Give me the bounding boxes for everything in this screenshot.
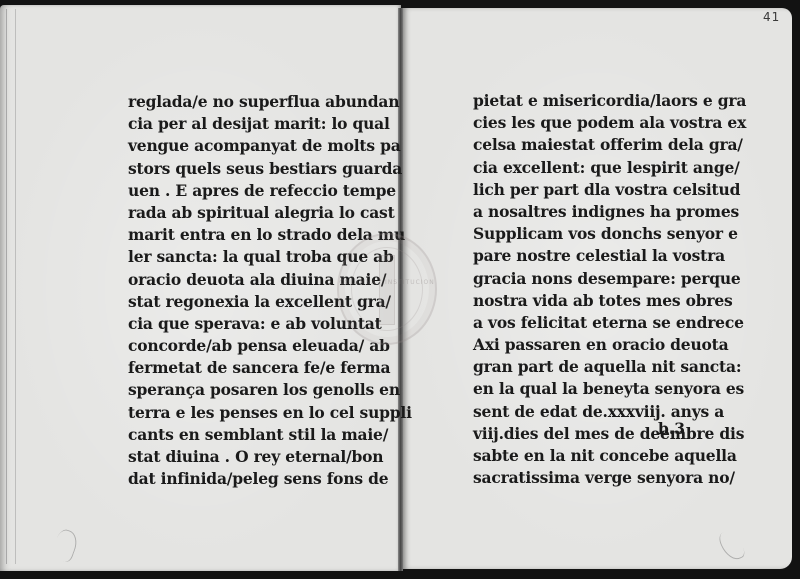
text-line: gracia nons desempare: perque	[473, 268, 723, 290]
text-line: rada ab spiritual alegria lo cast	[128, 202, 378, 224]
text-line: celsa maiestat offerim dela gra/	[473, 134, 723, 156]
text-line: concorde/ab pensa eleuada/ ab	[128, 335, 378, 357]
text-line: cies les que podem ala vostra ex	[473, 112, 723, 134]
signature-mark: b.3	[658, 419, 685, 438]
text-line: ler sancta: la qual troba que ab	[128, 246, 378, 268]
text-line: stors quels seus bestiars guarda	[128, 158, 378, 180]
text-line: pietat e misericordia/laors e gra	[473, 90, 723, 112]
text-line: oracio deuota ala diuina maie/	[128, 269, 378, 291]
text-line: nostra vida ab totes mes obres	[473, 290, 723, 312]
right-page-text: pietat e misericordia/laors e gra cies l…	[473, 90, 723, 489]
text-line: sacratissima verge senyora no/	[473, 467, 723, 489]
text-line: a nosaltres indignes ha promes	[473, 201, 723, 223]
text-line: terra e les penses en lo cel suppli	[128, 402, 378, 424]
text-line: cia excellent: que lespirit ange/	[473, 157, 723, 179]
text-line: pare nostre celestial la vostra	[473, 245, 723, 267]
text-line: cia que sperava: e ab voluntat	[128, 313, 378, 335]
text-line: fermetat de sancera fe/e ferma	[128, 357, 378, 379]
text-line: vengue acompanyat de molts pa	[128, 135, 378, 157]
text-line: cants en semblant stil la maie/	[128, 424, 378, 446]
folio-number: 41	[763, 10, 780, 24]
text-line: lich per part dla vostra celsitud	[473, 179, 723, 201]
text-line: cia per al desijat marit: lo qual	[128, 113, 378, 135]
text-line: stat regonexia la excellent gra/	[128, 291, 378, 313]
text-line: sperança posaren los genolls en	[128, 379, 378, 401]
text-line: marit entra en lo strado dela mu	[128, 224, 378, 246]
text-line: en la qual la beneyta senyora es	[473, 378, 723, 400]
text-line: viij.dies del mes de deembre dis	[473, 423, 723, 445]
left-page-text: reglada/e no superflua abundan cia per a…	[128, 91, 378, 490]
text-line: Supplicam vos donchs senyor e	[473, 223, 723, 245]
text-line: sent de edat de.xxxviij. anys a	[473, 401, 723, 423]
text-line: sabte en la nit concebe aquella	[473, 445, 723, 467]
text-line: stat diuina . O rey eternal/bon	[128, 446, 378, 468]
text-line: dat infinida/peleg sens fons de	[128, 468, 378, 490]
book-scan: 41 reglada/e no superflua abundan cia pe…	[0, 0, 800, 579]
text-line: uen . E apres de refeccio tempe	[128, 180, 378, 202]
text-line: reglada/e no superflua abundan	[128, 91, 378, 113]
left-page-edge	[6, 9, 16, 564]
text-line: Axi passaren en oracio deuota	[473, 334, 723, 356]
text-line: gran part de aquella nit sancta:	[473, 356, 723, 378]
text-line: a vos felicitat eterna se endrece	[473, 312, 723, 334]
